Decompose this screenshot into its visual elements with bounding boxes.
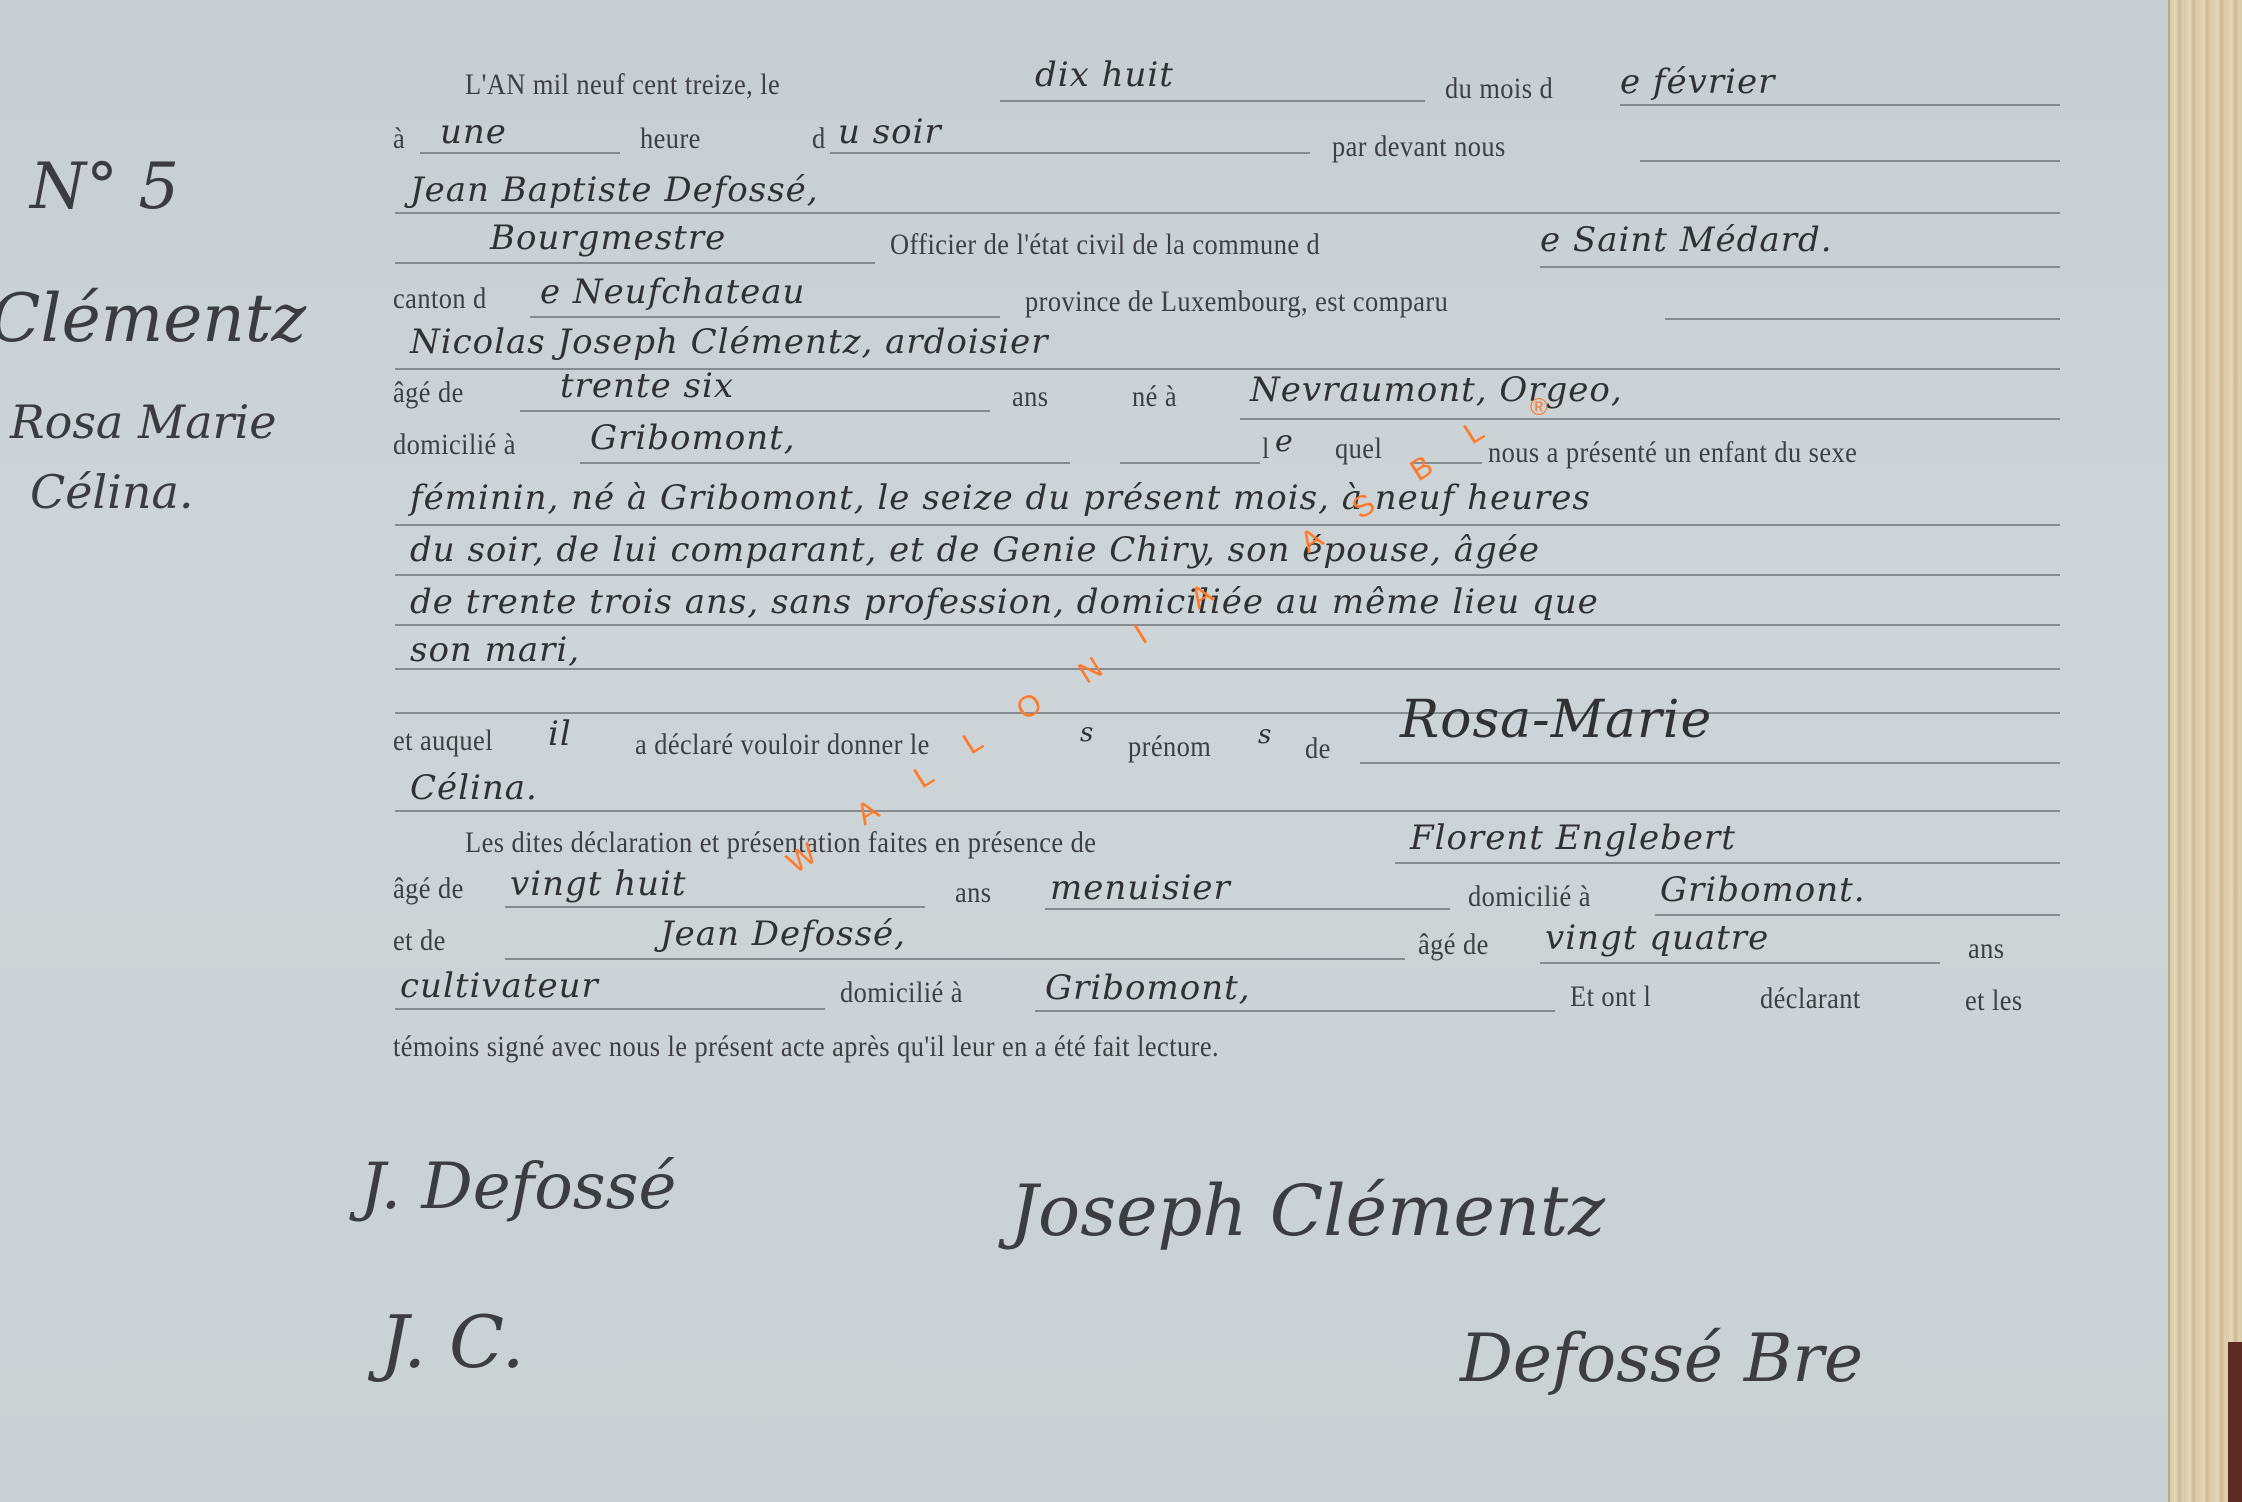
ruled-line — [1240, 418, 2060, 420]
ruled-line — [1360, 762, 2060, 764]
printed-witness-intro: Les dites déclaration et présentation fa… — [465, 826, 1096, 860]
printed-de: de — [1305, 732, 1331, 766]
ruled-line — [395, 1008, 825, 1010]
hand-narrative-4: son mari, — [410, 630, 580, 670]
printed-et-auquel: et auquel — [393, 724, 493, 758]
ruled-line — [580, 462, 1070, 464]
signature-officer: J. Defossé — [360, 1150, 676, 1224]
hand-day: dix huit — [1035, 55, 1174, 95]
printed-et-les: et les — [1965, 984, 2023, 1018]
printed-l: l — [1262, 432, 1270, 466]
ruled-line — [530, 316, 1000, 318]
ruled-line — [1045, 908, 1450, 910]
hand-birthplace: Nevraumont, Orgeo, — [1250, 370, 1623, 410]
register-page: N° 5 Clémentz Rosa Marie Célina. L'AN mi… — [0, 0, 2180, 1502]
hand-witness-1-domicile: Gribomont. — [1660, 870, 1866, 910]
printed-et-de: et de — [393, 924, 446, 958]
hand-il: il — [548, 714, 572, 754]
hand-s-2: s — [1258, 720, 1272, 750]
hand-narrative-1: féminin, né à Gribomont, le seize du pré… — [410, 478, 1591, 518]
ruled-line — [420, 152, 620, 154]
ruled-line — [520, 410, 990, 412]
printed-month-label: du mois d — [1445, 72, 1553, 106]
hand-witness-2-domicile: Gribomont, — [1045, 968, 1251, 1008]
hand-e: e — [1275, 424, 1294, 459]
hand-officer-name: Jean Baptiste Defossé, — [410, 170, 819, 210]
ruled-line — [830, 152, 1310, 154]
margin-given-names-1: Rosa Marie — [10, 395, 276, 449]
printed-year: L'AN mil neuf cent treize, le — [465, 68, 780, 102]
watermark-letter: N — [1073, 651, 1109, 691]
printed-et-ont: Et ont l — [1570, 980, 1651, 1014]
watermark-letter: L — [908, 758, 940, 796]
ruled-line — [505, 958, 1405, 960]
printed-declarant: déclarant — [1760, 982, 1861, 1016]
ruled-line — [1620, 104, 2060, 106]
printed-presente: nous a présenté un enfant du sexe — [1488, 436, 1857, 470]
hand-time-of-day: u soir — [838, 112, 942, 152]
hand-witness-1: Florent Englebert — [1410, 818, 1736, 858]
watermark-registered-mark: ® — [1530, 394, 1548, 422]
printed-age-label: âgé de — [393, 376, 464, 410]
ruled-line — [1540, 266, 2060, 268]
printed-a: à — [393, 122, 405, 156]
hand-witness-2-profession: cultivateur — [400, 966, 599, 1006]
printed-officier: Officier de l'état civil de la commune d — [890, 228, 1320, 262]
hand-narrative-2: du soir, de lui comparant, et de Genie C… — [410, 530, 1540, 570]
ruled-line — [1000, 100, 1425, 102]
margin-given-names-2: Célina. — [30, 465, 194, 519]
hand-given-names: Rosa-Marie — [1400, 690, 1712, 750]
hand-declarant-age: trente six — [560, 366, 734, 406]
hand-s-1: s — [1080, 718, 1094, 748]
printed-province: province de Luxembourg, est comparu — [1025, 285, 1448, 319]
signature-declarant: Joseph Clémentz — [1010, 1170, 1605, 1252]
signature-witness: Defossé Bre — [1460, 1320, 1863, 1397]
ruled-line — [395, 624, 2060, 626]
signature-initials: J. C. — [380, 1300, 524, 1384]
ruled-line — [395, 810, 2060, 812]
ruled-line — [505, 906, 925, 908]
hand-witness-1-age: vingt huit — [510, 864, 687, 904]
printed-par-devant: par devant nous — [1332, 130, 1506, 164]
margin-surname: Clémentz — [0, 280, 306, 357]
printed-domicilie-2: domicilié à — [840, 976, 963, 1010]
hand-witness-1-profession: menuisier — [1050, 868, 1231, 908]
printed-ans-1: ans — [955, 876, 992, 910]
ruled-line — [395, 712, 2060, 714]
ruled-line — [395, 212, 2060, 214]
hand-month: e février — [1620, 62, 1775, 102]
ruled-line — [395, 262, 875, 264]
hand-witness-2-age: vingt quatre — [1545, 918, 1769, 958]
printed-declare: a déclaré vouloir donner le — [635, 728, 930, 762]
printed-d: d — [812, 122, 826, 156]
hand-narrative-3: de trente trois ans, sans profession, do… — [410, 582, 1599, 622]
printed-domicilie-1: domicilié à — [1468, 880, 1591, 914]
hand-hour: une — [440, 112, 507, 152]
book-page-edges — [2168, 0, 2242, 1502]
hand-witness-2: Jean Defossé, — [660, 914, 906, 954]
printed-quel: quel — [1335, 432, 1382, 466]
ruled-line — [1035, 1010, 1555, 1012]
ruled-line — [395, 668, 2060, 670]
printed-ans-2: ans — [1968, 932, 2005, 966]
watermark-letter: L — [957, 724, 989, 762]
hand-domicile: Gribomont, — [590, 418, 796, 458]
printed-domicile: domicilié à — [393, 428, 516, 462]
ruled-line — [1395, 862, 2060, 864]
hand-given-name-2: Célina. — [410, 768, 538, 808]
ruled-line — [395, 574, 2060, 576]
ruled-line — [1655, 914, 2060, 916]
hand-officer-title: Bourgmestre — [490, 218, 726, 258]
ruled-line — [1640, 160, 2060, 162]
hand-canton: e Neufchateau — [540, 272, 805, 312]
printed-canton: canton d — [393, 282, 487, 316]
printed-heure: heure — [640, 122, 701, 156]
entry-number: N° 5 — [30, 150, 179, 224]
ruled-line — [395, 524, 2060, 526]
printed-prenom: prénom — [1128, 730, 1211, 764]
printed-closing: témoins signé avec nous le présent acte … — [393, 1030, 1219, 1064]
printed-age-2: âgé de — [1418, 928, 1489, 962]
printed-ans: ans — [1012, 380, 1049, 414]
printed-ne-a: né à — [1132, 380, 1177, 414]
watermark-letter: O — [1011, 686, 1049, 727]
book-cover-edge — [2228, 1342, 2242, 1502]
printed-age-1: âgé de — [393, 872, 464, 906]
ruled-line — [1540, 962, 1940, 964]
ruled-line — [1120, 462, 1260, 464]
hand-declarant: Nicolas Joseph Clémentz, ardoisier — [410, 322, 1048, 362]
hand-commune: e Saint Médard. — [1540, 220, 1833, 260]
ruled-line — [1665, 318, 2060, 320]
